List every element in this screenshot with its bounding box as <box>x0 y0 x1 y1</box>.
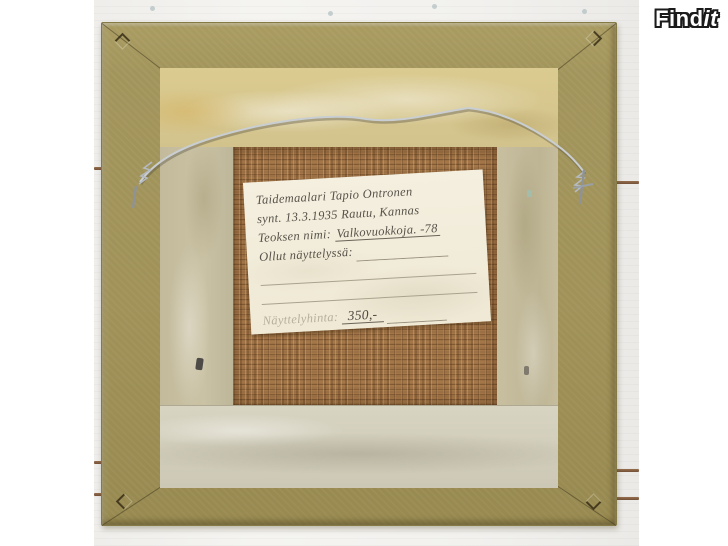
label-price-prefix: Näyttelyhinta: <box>262 310 338 328</box>
findit-watermark-regular: Find <box>655 6 703 31</box>
corner-staple-bottom-right <box>586 495 602 511</box>
findit-watermark-italic: it <box>704 6 718 31</box>
wall-screw-dot <box>432 4 437 9</box>
miter-joint-bottom-right <box>556 485 616 526</box>
wall-screw-dot <box>328 11 333 16</box>
wall-screw-dot <box>150 6 155 11</box>
label-price-value: 350,- <box>341 306 383 324</box>
miter-joint-top-right <box>556 23 616 71</box>
photo-back-of-framed-painting: Taidemaalari Tapio Ontronen synt. 13.3.1… <box>0 0 728 546</box>
masking-tape-bottom <box>160 405 558 488</box>
findit-watermark: Findit <box>655 6 718 32</box>
wall-plank-groove <box>614 497 639 500</box>
miter-joint-bottom-left <box>102 485 164 526</box>
label-exhibited-prefix: Ollut näyttelyssä: <box>259 245 354 264</box>
miter-joint-top-left <box>102 23 164 71</box>
masking-tape-top <box>160 68 558 148</box>
label-work-title-prefix: Teoksen nimi: <box>258 227 332 245</box>
label-blank-line <box>386 306 447 324</box>
paint-fleck <box>527 190 532 197</box>
artist-label: Taidemaalari Tapio Ontronen synt. 13.3.1… <box>243 169 491 334</box>
nail-head-right <box>524 366 529 375</box>
wall-screw-dot <box>582 9 587 14</box>
